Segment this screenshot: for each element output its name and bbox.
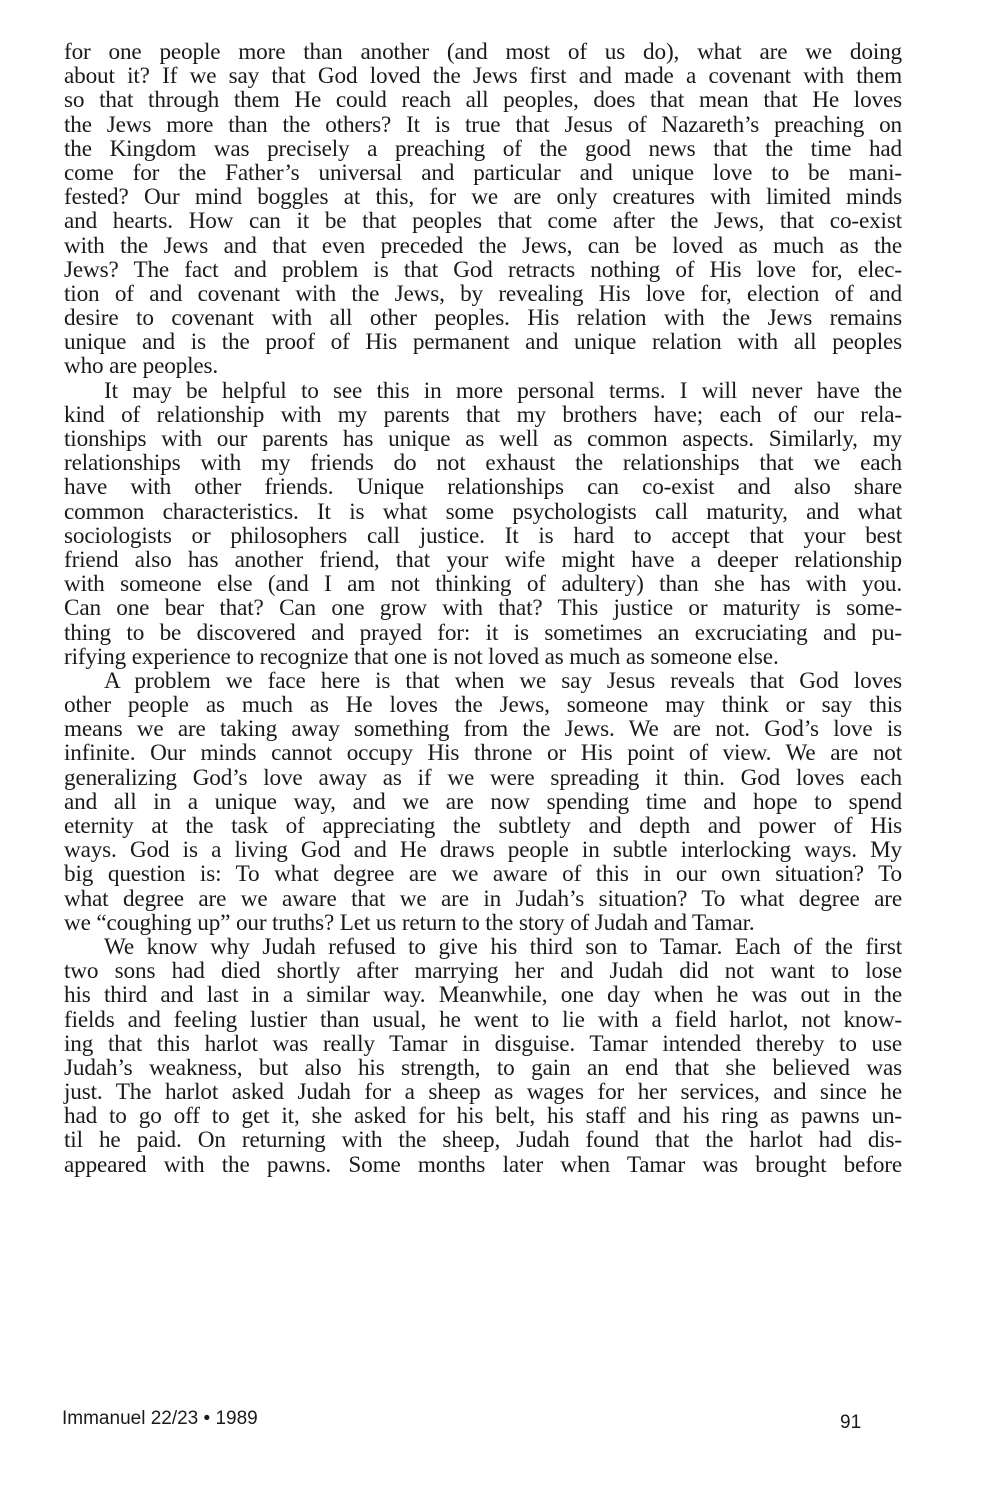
- text-line: rifying experience to recognize that one…: [64, 645, 902, 669]
- text-line: the Jews more than the others? It is tru…: [64, 113, 902, 137]
- text-line: sociologists or philosophers call justic…: [64, 524, 902, 548]
- paragraph: A problem we face here is that when we s…: [64, 669, 902, 935]
- text-line: thing to be discovered and prayed for: i…: [64, 621, 902, 645]
- text-line: eternity at the task of appreciating the…: [64, 814, 902, 838]
- text-line: infinite. Our minds cannot occupy His th…: [64, 741, 902, 765]
- text-line: til he paid. On returning with the sheep…: [64, 1128, 902, 1152]
- text-line: relationships with my friends do not exh…: [64, 451, 902, 475]
- running-footer-publication: Immanuel 22/23 • 1989: [62, 1408, 258, 1430]
- paragraph: It may be helpful to see this in more pe…: [64, 379, 902, 669]
- text-line: and all in a unique way, and we are now …: [64, 790, 902, 814]
- text-line: It may be helpful to see this in more pe…: [64, 379, 902, 403]
- text-line: what degree are we aware that we are in …: [64, 887, 902, 911]
- text-line: come for the Father’s universal and part…: [64, 161, 902, 185]
- text-line: have with other friends. Unique relation…: [64, 475, 902, 499]
- text-line: the Kingdom was precisely a preaching of…: [64, 137, 902, 161]
- document-page: for one people more than another (and mo…: [0, 0, 1000, 1502]
- text-line: fested? Our mind boggles at this, for we…: [64, 185, 902, 209]
- text-line: who are peoples.: [64, 354, 902, 378]
- text-line: means we are taking away something from …: [64, 717, 902, 741]
- text-line: big question is: To what degree are we a…: [64, 862, 902, 886]
- text-line: appeared with the pawns. Some months lat…: [64, 1153, 902, 1177]
- text-line: desire to covenant with all other people…: [64, 306, 902, 330]
- page-number: 91: [840, 1412, 861, 1434]
- body-text: for one people more than another (and mo…: [64, 40, 902, 1177]
- paragraph: We know why Judah refused to give his th…: [64, 935, 902, 1177]
- text-line: had to go off to get it, she asked for h…: [64, 1104, 902, 1128]
- text-line: ways. God is a living God and He draws p…: [64, 838, 902, 862]
- text-line: about it? If we say that God loved the J…: [64, 64, 902, 88]
- text-line: kind of relationship with my parents tha…: [64, 403, 902, 427]
- text-line: A problem we face here is that when we s…: [64, 669, 902, 693]
- paragraph: for one people more than another (and mo…: [64, 40, 902, 379]
- text-line: fields and feeling lustier than usual, h…: [64, 1008, 902, 1032]
- text-line: Judah’s weakness, but also his strength,…: [64, 1056, 902, 1080]
- text-line: just. The harlot asked Judah for a sheep…: [64, 1080, 902, 1104]
- text-line: common characteristics. It is what some …: [64, 500, 902, 524]
- text-line: so that through them He could reach all …: [64, 88, 902, 112]
- text-line: two sons had died shortly after marrying…: [64, 959, 902, 983]
- text-line: for one people more than another (and mo…: [64, 40, 902, 64]
- text-line: generalizing God’s love away as if we we…: [64, 766, 902, 790]
- text-line: other people as much as He loves the Jew…: [64, 693, 902, 717]
- text-line: his third and last in a similar way. Mea…: [64, 983, 902, 1007]
- text-line: ing that this harlot was really Tamar in…: [64, 1032, 902, 1056]
- text-line: Can one bear that? Can one grow with tha…: [64, 596, 902, 620]
- text-line: we “coughing up” our truths? Let us retu…: [64, 911, 902, 935]
- text-line: tionships with our parents has unique as…: [64, 427, 902, 451]
- text-line: with someone else (and I am not thinking…: [64, 572, 902, 596]
- text-line: with the Jews and that even preceded the…: [64, 234, 902, 258]
- text-line: friend also has another friend, that you…: [64, 548, 902, 572]
- text-line: We know why Judah refused to give his th…: [64, 935, 902, 959]
- text-line: and hearts. How can it be that peoples t…: [64, 209, 902, 233]
- text-line: tion of and covenant with the Jews, by r…: [64, 282, 902, 306]
- text-line: Jews? The fact and problem is that God r…: [64, 258, 902, 282]
- text-line: unique and is the proof of His permanent…: [64, 330, 902, 354]
